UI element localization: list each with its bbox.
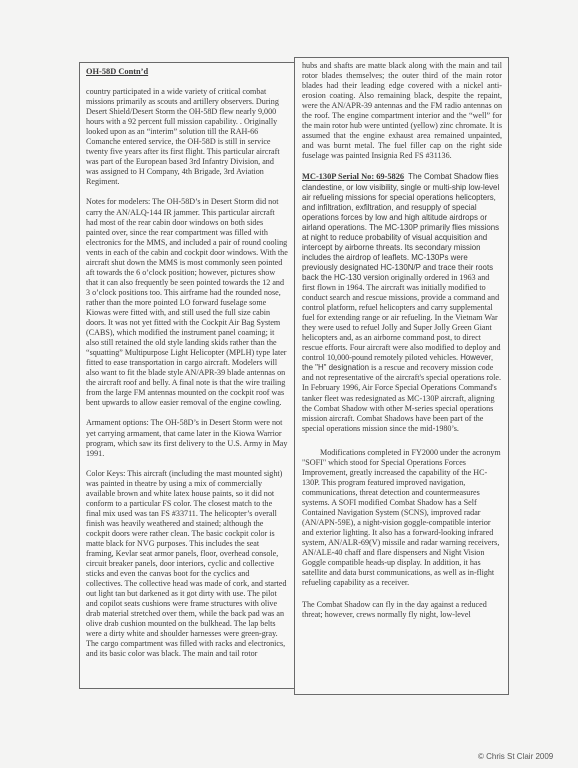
- copyright-credit: © Chris St Clair 2009: [478, 752, 553, 761]
- right-column-box: hubs and shafts are matte black along wi…: [294, 57, 509, 695]
- section-heading-oh58d: OH-58D Contn’d: [86, 67, 288, 77]
- mc130-text-serif-2: is a rescue and recovery mission code an…: [302, 363, 501, 432]
- paragraph-sofi: Modifications completed in FY2000 under …: [302, 448, 502, 589]
- paragraph-color-keys: Color Keys: This aircraft (including the…: [86, 469, 288, 660]
- section-heading-mc130p: MC-130P Serial No: 69-5826: [302, 172, 404, 181]
- paragraph-mc130p: MC-130P Serial No: 69-5826 The Combat Sh…: [302, 172, 502, 433]
- paragraph-combat-shadow: The Combat Shadow can fly in the day aga…: [302, 600, 502, 620]
- paragraph-rotor-colors: hubs and shafts are matte black along wi…: [302, 61, 502, 161]
- mc130-text-sans: The Combat Shadow flies clandestine, or …: [302, 172, 499, 281]
- paragraph-history: country participated in a wide variety o…: [86, 87, 288, 187]
- paragraph-armament: Armament options: The OH-58D’s in Desert…: [86, 418, 288, 458]
- paragraph-modeler-notes: Notes for modelers: The OH-58D’s in Dese…: [86, 197, 288, 408]
- left-column-box: OH-58D Contn’d country participated in a…: [79, 62, 295, 689]
- mc130-text-serif: originally ordered in 1963 and first flo…: [302, 273, 501, 362]
